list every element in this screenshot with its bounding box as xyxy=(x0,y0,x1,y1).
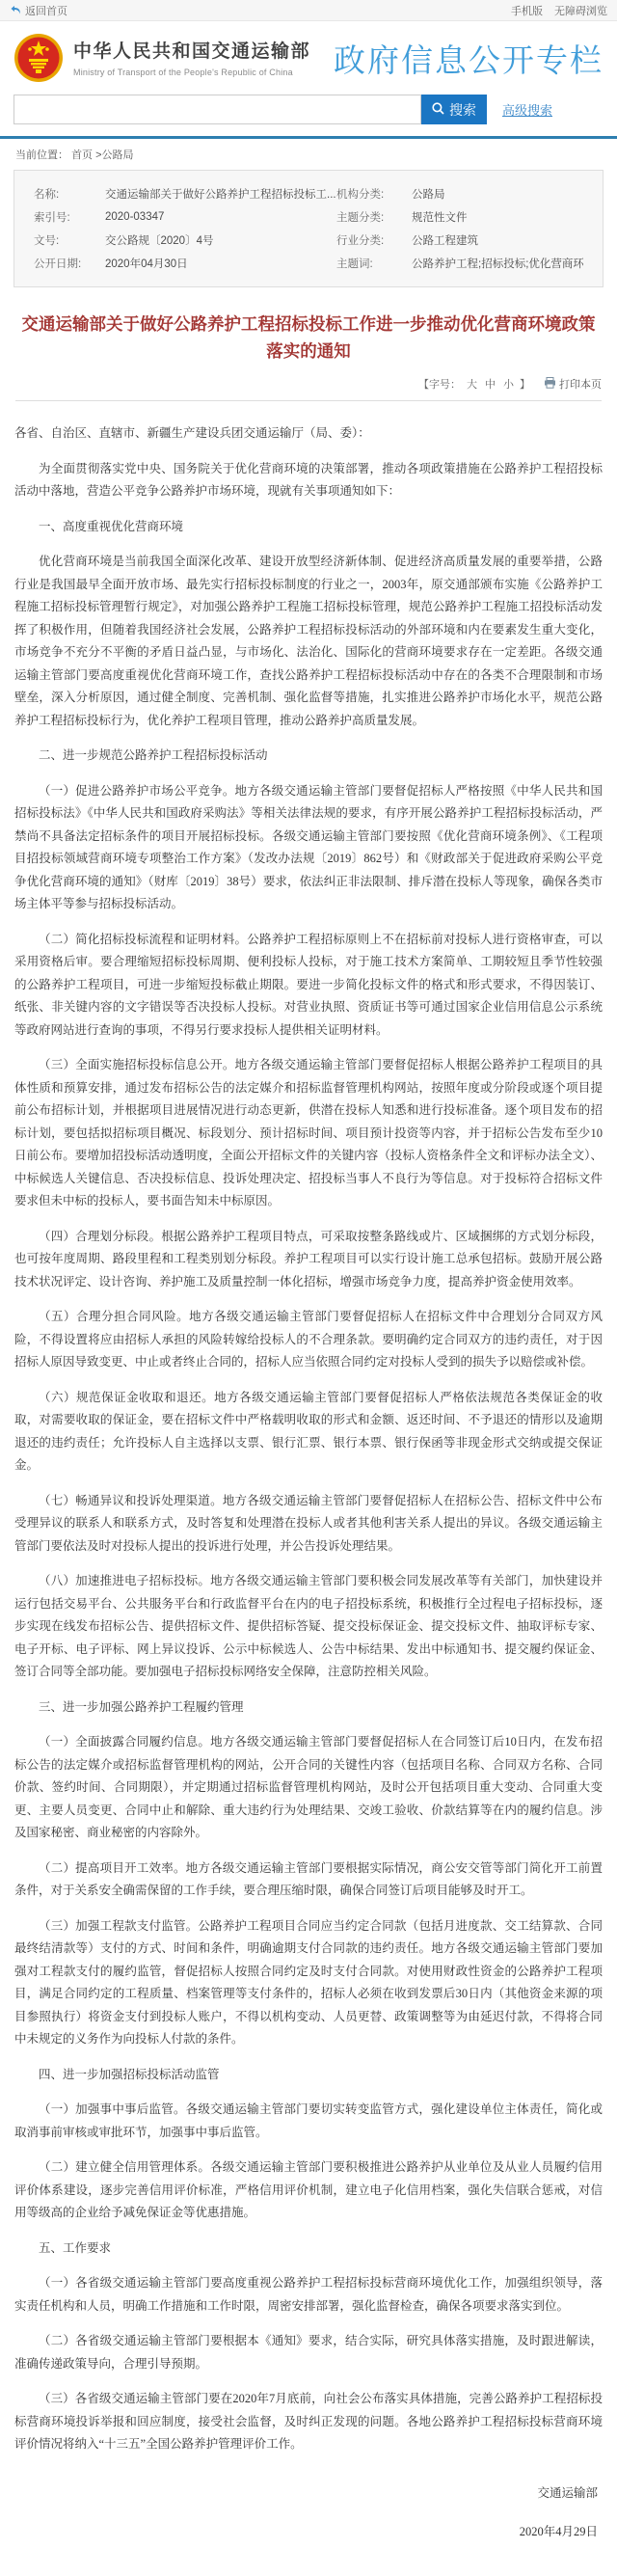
breadcrumb: 当前位置： 首页 >公路局 xyxy=(0,139,617,168)
meta-value: 公路工程建筑 xyxy=(412,232,583,248)
section-heading: 四、进一步加强招标投标活动监管 xyxy=(14,2064,603,2087)
font-size-prefix: 【字号： xyxy=(418,376,461,392)
meta-value: 公路局 xyxy=(412,186,583,202)
meta-row: 文号:交公路规〔2020〕4号行业分类:公路工程建筑 xyxy=(34,229,583,252)
breadcrumb-path: >公路局 xyxy=(93,149,133,161)
meta-label: 索引号: xyxy=(34,209,105,225)
breadcrumb-label: 当前位置： xyxy=(15,149,68,161)
font-size-large-button[interactable]: 大 xyxy=(467,376,477,392)
meta-row: 名称:交通运输部关于做好公路养护工程招标投标工...机构分类:公路局 xyxy=(34,182,583,205)
ministry-name-cn: 中华人民共和国交通运输部 xyxy=(73,37,310,63)
search-input[interactable] xyxy=(13,95,421,124)
national-emblem-logo xyxy=(13,33,64,83)
section-heading: 五、工作要求 xyxy=(14,2237,603,2261)
paragraph: （二）提高项目开工效率。地方各级交通运输主管部门要根据实际情况，商公安交管等部门… xyxy=(14,1857,603,1903)
document-title: 交通运输部关于做好公路养护工程招标投标工作进一步推动优化营商环境政策落实的通知 xyxy=(17,311,600,365)
ministry-name-en: Ministry of Transport of the People's Re… xyxy=(73,68,310,77)
paragraph: （三）各省级交通运输主管部门要在2020年7月底前，向社会公布落实具体措施，完善… xyxy=(14,2388,603,2456)
paragraph: （八）加速推进电子招标投标。地方各级交通运输主管部门要积极会同发展改革等有关部门… xyxy=(14,1570,603,1684)
signature-block: 交通运输部 2020年4月29日 xyxy=(0,2456,617,2576)
paragraph: （一）加强事中事后监管。各级交通运输主管部门要切实转变监管方式，强化建设单位主体… xyxy=(14,2099,603,2144)
article-body: 各省、自治区、直辖市、新疆生产建设兵团交通运输厅（局、委）： 为全面贯彻落实党中… xyxy=(0,401,617,2456)
ministry-name-block: 中华人民共和国交通运输部 Ministry of Transport of th… xyxy=(73,33,310,77)
section-heading: 二、进一步规范公路养护工程招标投标活动 xyxy=(14,745,603,768)
meta-table: 名称:交通运输部关于做好公路养护工程招标投标工...机构分类:公路局索引号:20… xyxy=(13,170,604,287)
section-heading: 三、进一步加强公路养护工程履约管理 xyxy=(14,1696,603,1720)
paragraph: （五）合理分担合同风险。地方各级交通运输主管部门要督促招标人在招标文件中合理划分… xyxy=(14,1306,603,1374)
meta-label: 主题词: xyxy=(336,256,412,271)
paragraph: （二）建立健全信用管理体系。各级交通运输主管部门要积极推进公路养护从业单位及从业… xyxy=(14,2156,603,2225)
search-button-label: 搜索 xyxy=(449,100,476,120)
printer-icon xyxy=(544,377,556,392)
site-header: 中华人民共和国交通运输部 Ministry of Transport of th… xyxy=(0,21,617,87)
paragraph: （四）合理划分标段。根据公路养护工程项目特点，可采取按整条路线或片、区域捆绑的方… xyxy=(14,1226,603,1294)
meta-row: 索引号:2020-03347主题分类:规范性文件 xyxy=(34,205,583,229)
topbar-right-links: 手机版 无障碍浏览 xyxy=(511,3,607,18)
search-icon xyxy=(432,102,444,118)
meta-label: 名称: xyxy=(34,186,105,202)
meta-value: 公路养护工程;招标投标;优化营商环境;政... xyxy=(412,256,583,271)
gov-info-column-title: 政府信息公开专栏 xyxy=(334,36,604,81)
search-button[interactable]: 搜索 xyxy=(421,95,487,124)
article-tools: 【字号： 大 中 小 】 打印本页 xyxy=(15,376,602,401)
print-page-button[interactable]: 打印本页 xyxy=(544,376,602,392)
meta-label: 公开日期: xyxy=(34,256,105,271)
meta-value: 规范性文件 xyxy=(412,209,583,225)
meta-label: 主题分类: xyxy=(336,209,412,225)
mobile-version-link[interactable]: 手机版 xyxy=(511,3,543,18)
font-size-medium-button[interactable]: 中 xyxy=(485,376,496,392)
back-arrow-icon xyxy=(10,5,21,15)
paragraph: （七）畅通异议和投诉处理渠道。地方各级交通运输主管部门要督促招标人在招标公告、招… xyxy=(14,1490,603,1559)
font-size-suffix: 】 xyxy=(520,376,530,392)
meta-row: 公开日期:2020年04月30日主题词:公路养护工程;招标投标;优化营商环境;政… xyxy=(34,252,583,275)
meta-value: 交通运输部关于做好公路养护工程招标投标工... xyxy=(105,186,336,202)
paragraph: （六）规范保证金收取和退还。地方各级交通运输主管部门要督促招标人严格依法规范各类… xyxy=(14,1387,603,1478)
font-size-small-button[interactable]: 小 xyxy=(503,376,514,392)
top-utility-bar: 返回首页 手机版 无障碍浏览 xyxy=(0,0,617,21)
meta-value: 交公路规〔2020〕4号 xyxy=(105,232,336,248)
print-page-label: 打印本页 xyxy=(559,376,602,392)
back-home-link[interactable]: 返回首页 xyxy=(10,3,67,18)
paragraph: （一）各省级交通运输主管部门要高度重视公路养护工程招标投标营商环境优化工作，加强… xyxy=(14,2272,603,2318)
meta-value: 2020-03347 xyxy=(105,211,336,223)
paragraph: （三）全面实施招标投标信息公开。地方各级交通运输主管部门要督促招标人根据公路养护… xyxy=(14,1054,603,1213)
paragraph: （一）促进公路养护市场公平竞争。地方各级交通运输主管部门要督促招标人严格按照《中… xyxy=(14,780,603,916)
back-home-label: 返回首页 xyxy=(25,3,67,18)
meta-label: 文号: xyxy=(34,232,105,248)
signature-date: 2020年4月29日 xyxy=(19,2522,598,2576)
signature-org: 交通运输部 xyxy=(19,2483,598,2501)
article-paragraphs: 为全面贯彻落实党中央、国务院关于优化营商环境的决策部署，推动各项政策措施在公路养… xyxy=(14,458,603,2456)
meta-value: 2020年04月30日 xyxy=(105,256,336,271)
search-bar: 搜索 高级搜索 xyxy=(0,87,617,136)
paragraph: （一）全面披露合同履约信息。地方各级交通运输主管部门要督促招标人在合同签订后10… xyxy=(14,1731,603,1845)
breadcrumb-home-link[interactable]: 首页 xyxy=(71,149,93,161)
paragraph: 优化营商环境是当前我国全面深化改革、建设开放型经济新体制、促进经济高质量发展的重… xyxy=(14,551,603,732)
paragraph: （三）加强工程款支付监管。公路养护工程项目合同应当约定合同款（包括月进度款、交工… xyxy=(14,1915,603,2051)
paragraph: （二）简化招标投标流程和证明材料。公路养护工程招标原则上不在招标前对投标人进行资… xyxy=(14,929,603,1043)
salutation: 各省、自治区、直辖市、新疆生产建设兵团交通运输厅（局、委）： xyxy=(14,422,603,446)
section-heading: 一、高度重视优化营商环境 xyxy=(14,516,603,539)
accessibility-link[interactable]: 无障碍浏览 xyxy=(554,3,607,18)
paragraph: 为全面贯彻落实党中央、国务院关于优化营商环境的决策部署，推动各项政策措施在公路养… xyxy=(14,458,603,503)
advanced-search-link[interactable]: 高级搜索 xyxy=(502,100,552,119)
meta-label: 行业分类: xyxy=(336,232,412,248)
meta-label: 机构分类: xyxy=(336,186,412,202)
paragraph: （二）各省级交通运输主管部门要根据本《通知》要求，结合实际，研究具体落实措施，及… xyxy=(14,2330,603,2375)
